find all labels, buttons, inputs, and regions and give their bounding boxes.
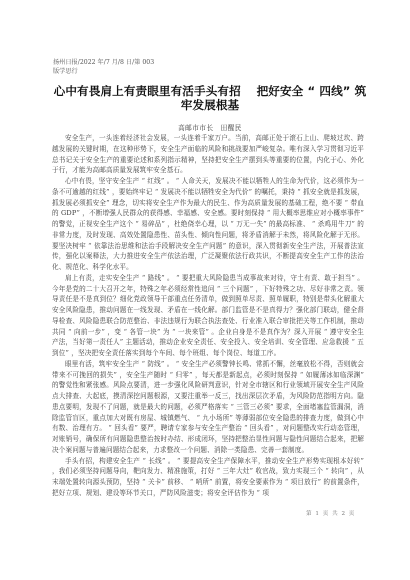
page-indicator: 第 1 页 共 2 页 bbox=[306, 509, 355, 517]
paragraph-intro: 安全生产，一头连着经济社会发展，一头连着千家万户。当前，高邮正处于滚石上山、爬坡… bbox=[52, 133, 364, 176]
article-title: 心中有畏肩上有责眼里有活手头有招 把好安全 “ 四线” 筑 牢发展根基 bbox=[50, 84, 370, 112]
paragraph-route-line: 肩上有责，走实安全生产 “ 路线” 。 “ 要把重大风险隐患当成事故来对待，守土… bbox=[52, 273, 364, 359]
article-author: 高邮市市长 田醒民 bbox=[50, 122, 370, 132]
section-line: 版学思行 bbox=[53, 67, 154, 76]
publication-meta: 扬州日报/2022 年/7 月/8 日/第 003 版学思行 bbox=[53, 58, 154, 76]
article-body: 安全生产，一头连着经济社会发展，一头连着千家万户。当前，高邮正处于滚石上山、爬坡… bbox=[52, 133, 364, 499]
title-line-1: 心中有畏肩上有责眼里有活手头有招 把好安全 “ 四线” 筑 bbox=[50, 84, 370, 98]
paragraph-red-line: 心中有畏，坚守安全生产 “ 红线” 。 “ 人命关天，发展决不能以牺牲人的生命为… bbox=[52, 176, 364, 273]
title-line-2: 牢发展根基 bbox=[50, 98, 370, 112]
paragraph-long-line: 手头有招，构建安全生产 “ 长线” 。 “ 要提高安全生产保障水平，推动安全生产… bbox=[52, 456, 364, 499]
source-line: 扬州日报/2022 年/7 月/8 日/第 003 bbox=[53, 58, 154, 67]
paragraph-defense-line: 眼里有活，筑牢安全生产 “ 防线” 。 “ 安全生产必须警钟长鸣、常抓不懈，丝毫… bbox=[52, 359, 364, 456]
